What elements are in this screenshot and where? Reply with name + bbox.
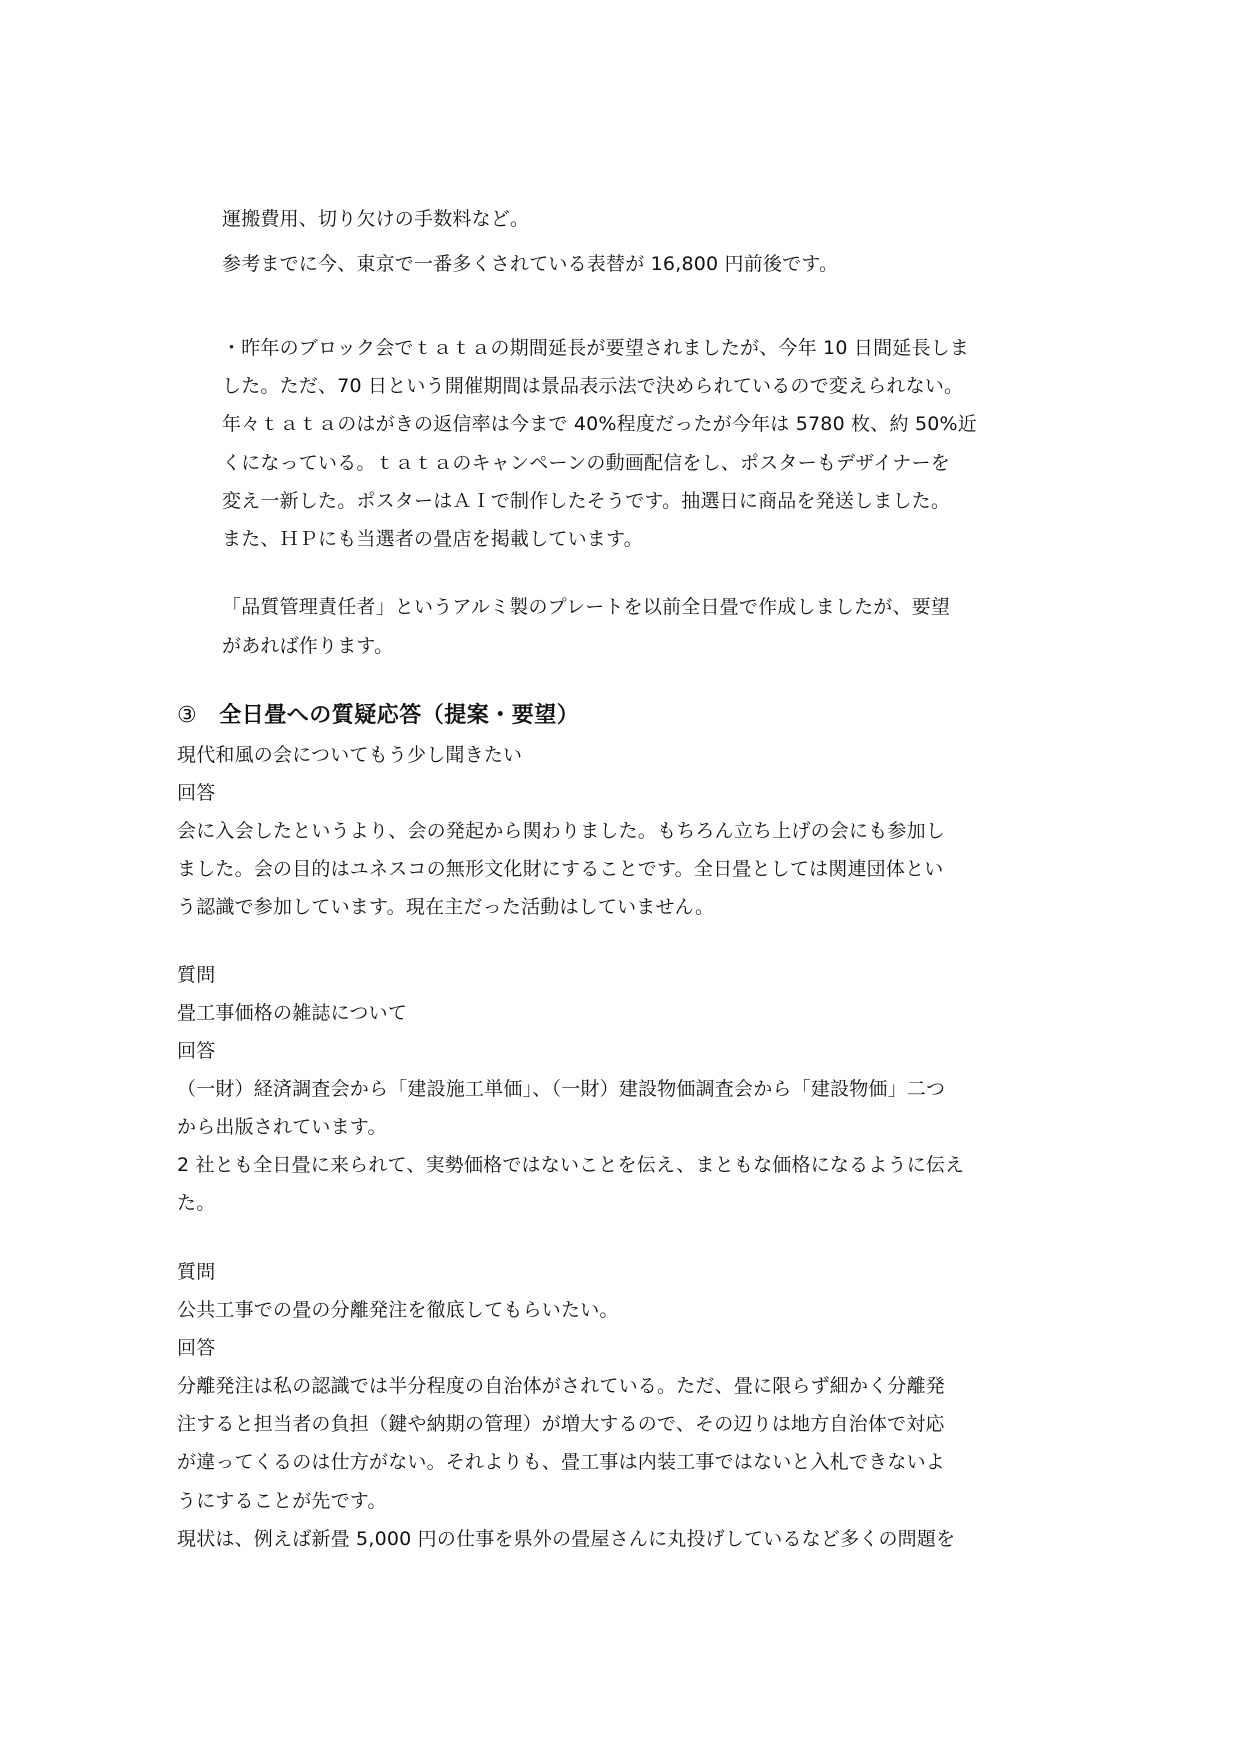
section-number: ③ xyxy=(177,703,197,728)
question-text: 畳工事価格の雑誌について xyxy=(177,1001,407,1025)
question-label: 質問 xyxy=(177,1260,215,1284)
answer-text-line: うにすることが先です。 xyxy=(177,1489,387,1513)
body-text-line: 変え一新した。ポスターはＡＩで制作したそうです。抽選日に商品を発送しました。 xyxy=(222,489,950,513)
document-page: 運搬費用、切り欠けの手数料など。 参考までに今、東京で一番多くされている表替が … xyxy=(0,0,1241,1755)
body-text-line: 年々ｔａｔａのはがきの返信率は今まで 40%程度だったが今年は 5780 枚、約… xyxy=(222,412,977,436)
body-text-line: があれば作ります。 xyxy=(222,634,393,658)
answer-text-line: が違ってくるのは仕方がない。それよりも、畳工事は内装工事ではないと入札できないよ xyxy=(177,1450,945,1474)
answer-text-line: 分離発注は私の認識では半分程度の自治体がされている。ただ、畳に限らず細かく分離発 xyxy=(177,1374,945,1398)
answer-text-line: 会に入会したというより、会の発起から関わりました。もちろん立ち上げの会にも参加し xyxy=(177,819,945,843)
answer-text-line: から出版されています。 xyxy=(177,1115,387,1139)
answer-text-line: （一財）経済調査会から「建設施工単価」、（一財）建設物価調査会から「建設物価」二… xyxy=(177,1077,945,1101)
answer-text-line: ました。会の目的はユネスコの無形文化財にすることです。全日畳としては関連団体とい xyxy=(177,857,943,881)
answer-label: 回答 xyxy=(177,781,215,805)
answer-text-line: う認識で参加しています。現在主だった活動はしていません。 xyxy=(177,895,714,919)
answer-label: 回答 xyxy=(177,1039,215,1063)
body-text-line: 参考までに今、東京で一番多くされている表替が 16,800 円前後です。 xyxy=(222,252,838,276)
answer-text-line: 2 社とも全日畳に来られて、実勢価格ではないことを伝え、まともな価格になるように… xyxy=(177,1153,964,1177)
body-text-line: 「品質管理責任者」というアルミ製のプレートを以前全日畳で作成しましたが、要望 xyxy=(222,595,950,619)
answer-text-line: 現状は、例えば新畳 5,000 円の仕事を県外の畳屋さんに丸投げしているなど多く… xyxy=(177,1527,955,1551)
body-text-line: また、ＨＰにも当選者の畳店を掲載しています。 xyxy=(222,527,643,551)
question-text: 公共工事での畳の分離発注を徹底してもらいたい。 xyxy=(177,1298,619,1322)
answer-text-line: た。 xyxy=(177,1191,215,1215)
body-text-line: 運搬費用、切り欠けの手数料など。 xyxy=(222,207,529,231)
section-heading: ③全日畳への質疑応答（提案・要望） xyxy=(177,704,579,728)
question-label: 質問 xyxy=(177,963,215,987)
question-text: 現代和風の会についてもう少し聞きたい xyxy=(177,743,522,767)
body-text-line: した。ただ、70 日という開催期間は景品表示法で決められているので変えられない。 xyxy=(222,374,963,398)
answer-text-line: 注すると担当者の負担（鍵や納期の管理）が増大するので、その辺りは地方自治体で対応 xyxy=(177,1412,945,1436)
section-title: 全日畳への質疑応答（提案・要望） xyxy=(219,703,579,728)
body-text-line: くになっている。ｔａｔａのキャンペーンの動画配信をし、ポスターもデザイナーを xyxy=(222,451,950,475)
answer-label: 回答 xyxy=(177,1336,215,1360)
body-text-line: ・昨年のブロック会でｔａｔａの期間延長が要望されましたが、今年 10 日間延長し… xyxy=(222,336,969,360)
